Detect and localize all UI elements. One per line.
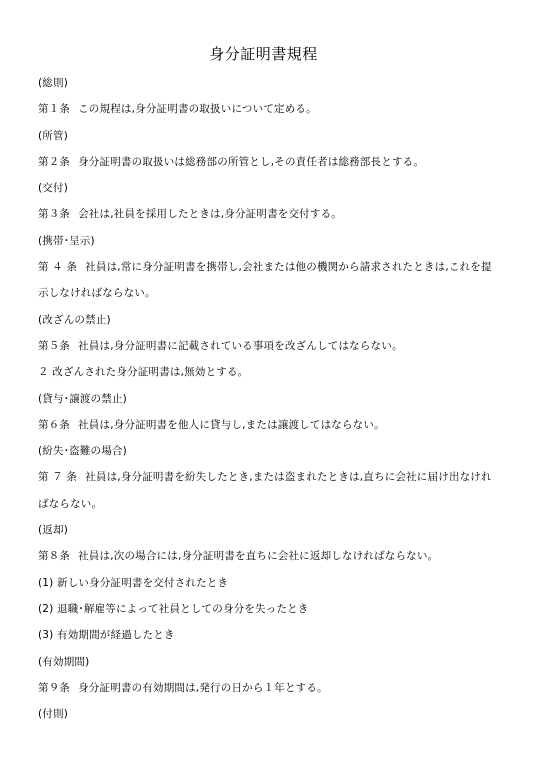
- article-text: この規程は,身分証明書の取扱いについて定める。: [78, 103, 317, 115]
- section-heading: (所管): [38, 123, 498, 149]
- article-5-paragraph-2: ２ 改ざんされた身分証明書は,無効とする。: [38, 359, 498, 385]
- section-heading: (改ざんの禁止): [38, 307, 498, 333]
- document-body: (総則) 第１条この規程は,身分証明書の取扱いについて定める。 (所管) 第２条…: [38, 70, 498, 727]
- section-heading: (交付): [38, 175, 498, 201]
- section-heading: (貸与･譲渡の禁止): [38, 386, 498, 412]
- article-number: 第８条: [38, 543, 70, 569]
- article-8: 第８条社員は,次の場合には,身分証明書を直ちに会社に返却しなければならない。: [38, 543, 498, 569]
- list-item: (1) 新しい身分証明書を交付されたとき: [38, 570, 498, 596]
- article-1: 第１条この規程は,身分証明書の取扱いについて定める。: [38, 96, 498, 122]
- article-5: 第５条社員は,身分証明書に記載されている事項を改ざんしてはならない。: [38, 333, 498, 359]
- article-number: 第１条: [38, 96, 70, 122]
- article-9: 第９条身分証明書の有効期間は,発行の日から１年とする。: [38, 675, 498, 701]
- list-item: (3) 有効期間が経過したとき: [38, 622, 498, 648]
- article-text: 社員は,身分証明書を他人に貸与し,または譲渡してはならない。: [78, 419, 385, 431]
- article-text: 社員は,身分証明書を紛失したとき,または盗まれたときは,直ちに会社に届け出なけれ…: [38, 471, 492, 509]
- article-text: 社員は,身分証明書に記載されている事項を改ざんしてはならない。: [78, 340, 403, 352]
- section-heading: (返却): [38, 517, 498, 543]
- article-7: 第 ７ 条社員は,身分証明書を紛失したとき,または盗まれたときは,直ちに会社に届…: [38, 464, 498, 517]
- article-text: 社員は,次の場合には,身分証明書を直ちに会社に返却しなければならない。: [78, 550, 438, 562]
- article-number: 第 ７ 条: [38, 464, 77, 490]
- article-text: 社員は,常に身分証明書を携帯し,会社または他の機関から請求されたときは,これを提…: [38, 261, 492, 299]
- article-3: 第３条会社は,社員を採用したときは,身分証明書を交付する。: [38, 201, 498, 227]
- article-6: 第６条社員は,身分証明書を他人に貸与し,または譲渡してはならない。: [38, 412, 498, 438]
- section-heading: (付則): [38, 701, 498, 727]
- article-number: 第 ４ 条: [38, 254, 77, 280]
- article-number: 第３条: [38, 201, 70, 227]
- article-number: 第２条: [38, 149, 70, 175]
- article-text: 会社は,社員を採用したときは,身分証明書を交付する。: [78, 208, 342, 220]
- article-4: 第 ４ 条社員は,常に身分証明書を携帯し,会社または他の機関から請求されたときは…: [38, 254, 498, 307]
- document-title: 身分証明書規程: [0, 44, 527, 64]
- document-page: 身分証明書規程 (総則) 第１条この規程は,身分証明書の取扱いについて定める。 …: [0, 0, 541, 772]
- section-heading: (有効期間): [38, 649, 498, 675]
- article-number: 第５条: [38, 333, 70, 359]
- list-item: (2) 退職･解雇等によって社員としての身分を失ったとき: [38, 596, 498, 622]
- section-heading: (総則): [38, 70, 498, 96]
- article-text: 身分証明書の取扱いは総務部の所管とし,その責任者は総務部長とする。: [78, 156, 424, 168]
- section-heading: (携帯･呈示): [38, 228, 498, 254]
- article-2: 第２条身分証明書の取扱いは総務部の所管とし,その責任者は総務部長とする。: [38, 149, 498, 175]
- article-number: 第９条: [38, 675, 70, 701]
- article-text: 身分証明書の有効期間は,発行の日から１年とする。: [78, 682, 328, 694]
- article-number: 第６条: [38, 412, 70, 438]
- section-heading: (紛失･盗難の場合): [38, 438, 498, 464]
